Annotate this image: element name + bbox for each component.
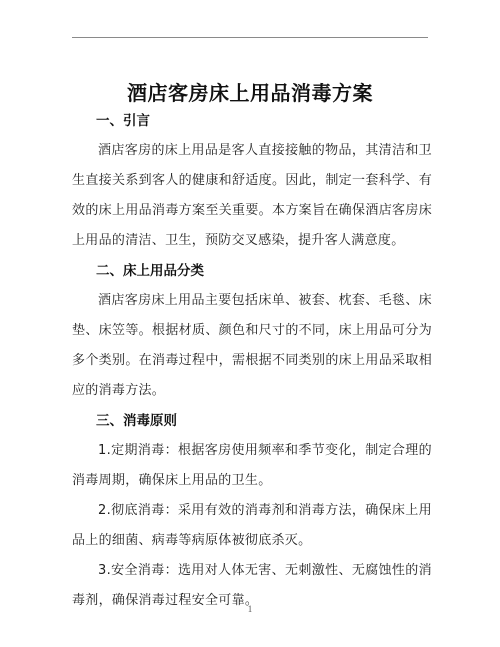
paragraph-classification: 酒店客房床上用品主要包括床单、被套、枕套、毛毯、床垫、床笠等。根据材质、颜色和尺… bbox=[72, 286, 432, 406]
paragraph-principle-1: 1.定期消毒：根据客房使用频率和季节变化，制定合理的消毒周期，确保床上用品的卫生… bbox=[72, 436, 432, 496]
paragraph-intro: 酒店客房的床上用品是客人直接接触的物品，其清洁和卫生直接关系到客人的健康和舒适度… bbox=[72, 136, 432, 256]
section-heading-principles: 三、消毒原则 bbox=[96, 406, 432, 436]
paragraph-principle-2: 2.彻底消毒：采用有效的消毒剂和消毒方法，确保床上用品上的细菌、病毒等病原体被彻… bbox=[72, 496, 432, 556]
section-heading-classification: 二、床上用品分类 bbox=[96, 256, 432, 286]
page-number: 1 bbox=[0, 604, 500, 614]
header-rule bbox=[72, 37, 428, 38]
section-heading-intro: 一、引言 bbox=[96, 106, 432, 136]
document-body: 一、引言 酒店客房的床上用品是客人直接接触的物品，其清洁和卫生直接关系到客人的健… bbox=[72, 106, 432, 616]
document-title: 酒店客房床上用品消毒方案 bbox=[0, 77, 500, 106]
